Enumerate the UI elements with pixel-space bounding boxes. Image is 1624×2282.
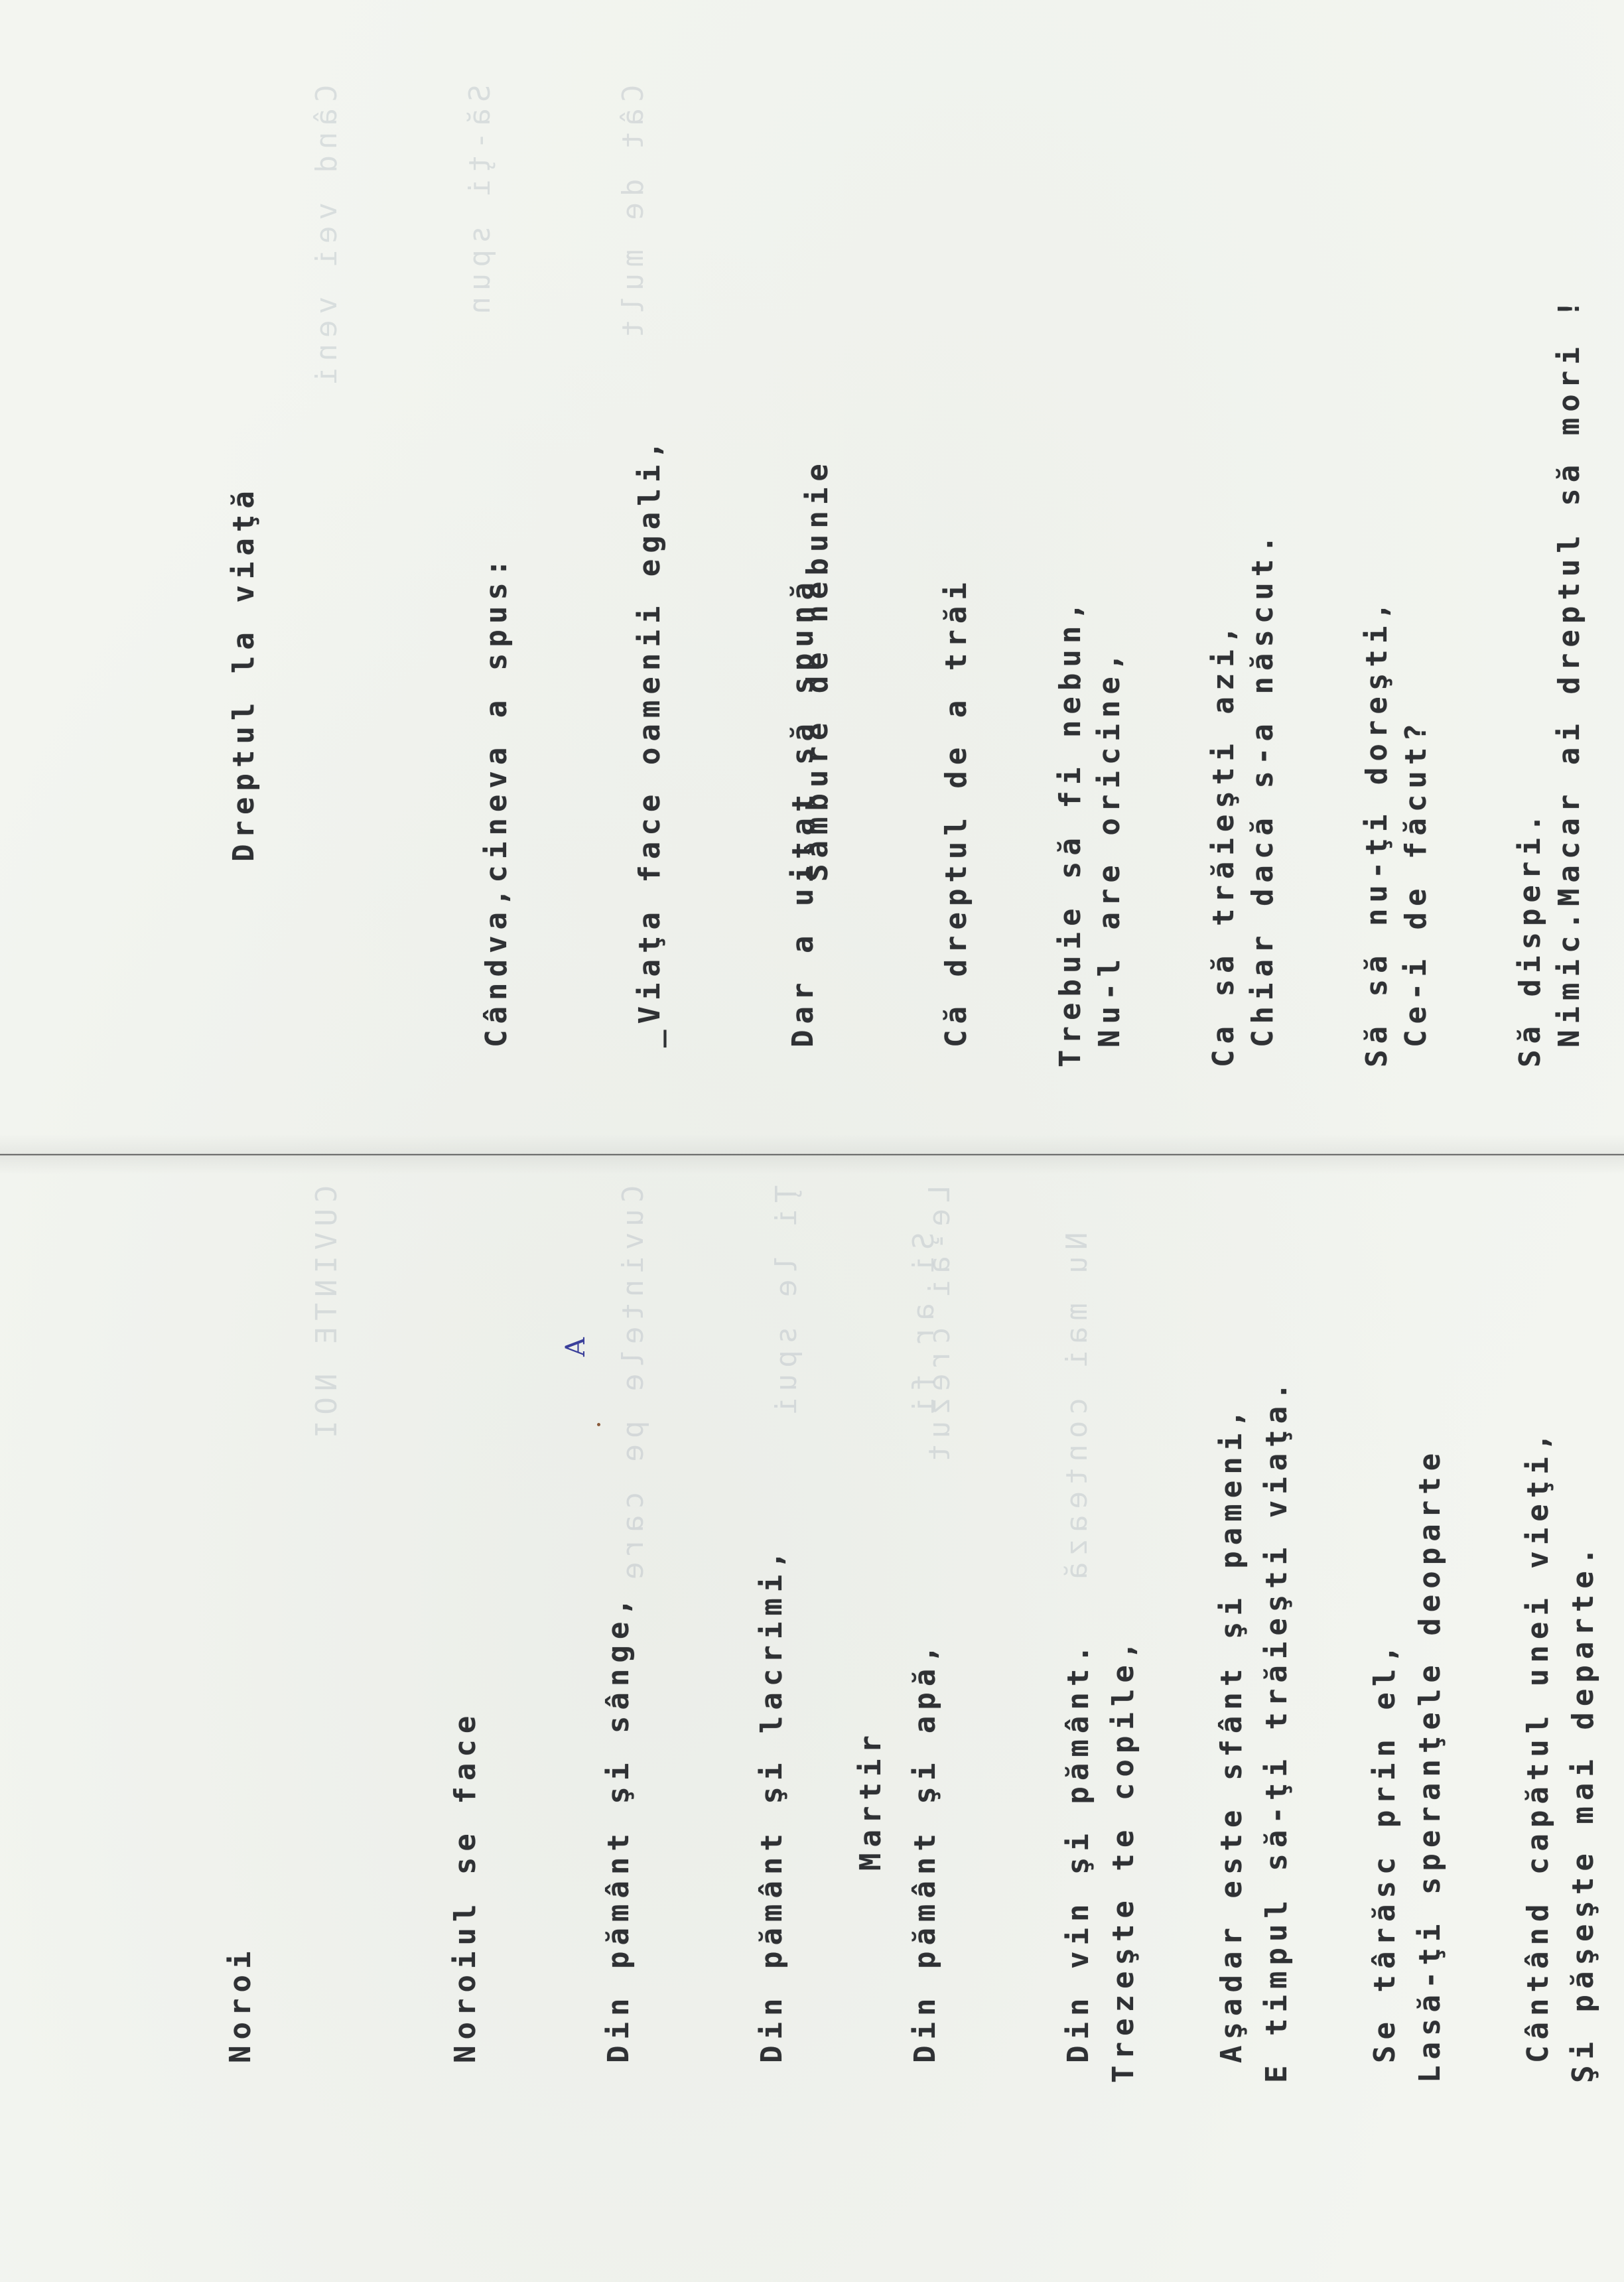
poem-line: Din pământ şi sânge,: [593, 1380, 644, 2063]
poem-line: Noroiul se face: [440, 1380, 491, 2063]
poem-title: Sâmbure de nebunie: [792, 458, 843, 882]
poem-line: Ca să trăieşti azi,: [1198, 458, 1249, 1067]
poem-line: E timpul să-ţi trăieşti viaţa.: [1251, 1376, 1302, 2083]
handwritten-correction: A: [561, 1337, 591, 1357]
poem-title: Dreptul la viaţă: [218, 294, 269, 862]
poem-title: Martir: [845, 1376, 896, 1871]
poem-line: Şi păşeşte mai departe.: [1558, 1376, 1609, 2083]
poem-sambure-de-nebunie: Sâmbure de nebunie Trebuie să fi nebun, …: [690, 458, 1624, 1067]
poem-line: _Viaţa face oamenii egali,: [624, 294, 675, 1047]
poem-title: Noroi: [215, 1380, 266, 2063]
poem-line: Trebuie să fi nebun,: [1045, 458, 1096, 1067]
poem-line: Trezeşte te copile,: [1098, 1376, 1149, 2083]
poem-line: Lasă-ţi speranţele deoparte: [1404, 1376, 1455, 2083]
left-page: CUVINTE NOI Cuvintele pe care Ţi le spui…: [0, 1156, 1624, 2282]
right-page: Când vei veni Să-ţi spun Cât de mult Dre…: [0, 0, 1624, 1154]
poem-line: Să să nu-ţi doreşti,: [1351, 458, 1402, 1067]
paper-speck: [597, 1423, 600, 1426]
poem-line: Cândva,cineva a spus:: [471, 294, 522, 1047]
poem-line: Să disperi.: [1505, 458, 1556, 1067]
poem-martir: Martir Trezeşte te copile, E timpul să-ţ…: [743, 1376, 1624, 2083]
scanned-spread: CUVINTE NOI Cuvintele pe care Ţi le spui…: [0, 0, 1624, 2282]
